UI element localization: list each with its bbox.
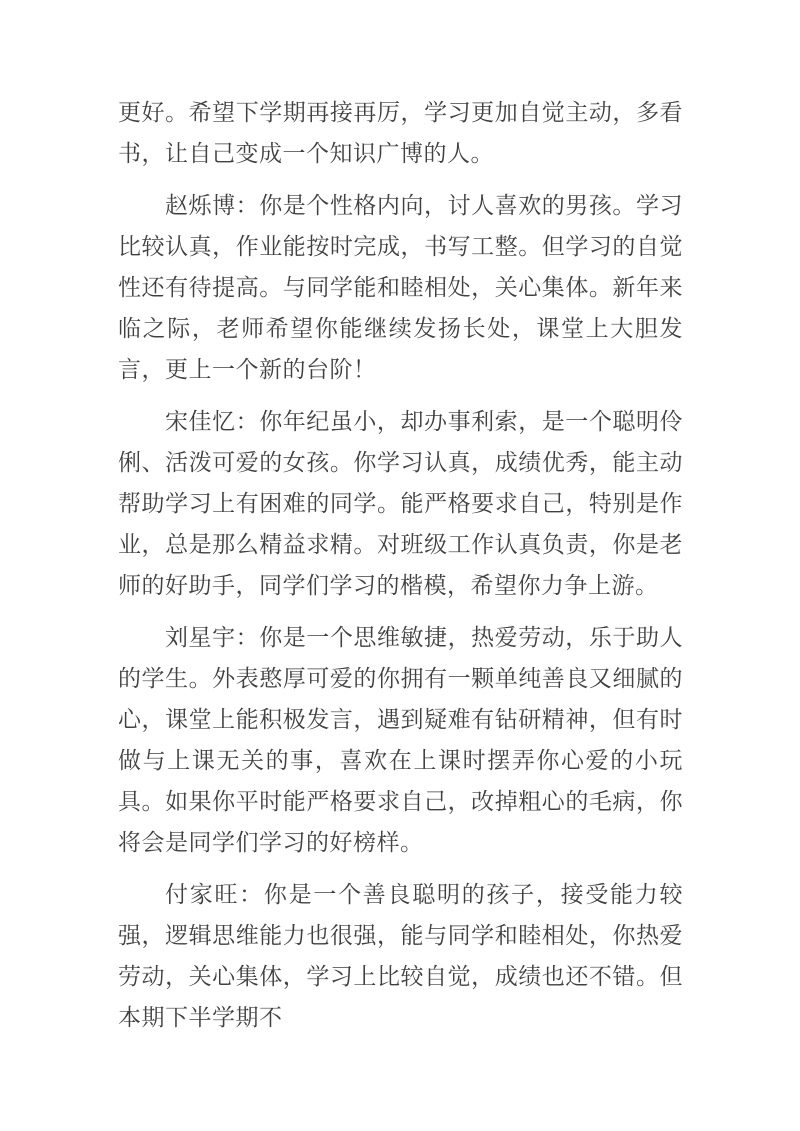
paragraph-comment-liuxingyu: 刘星宇：你是一个思维敏捷，热爱劳动，乐于助人的学生。外表憨厚可爱的你拥有一颗单纯… (118, 618, 683, 864)
document-page: 更好。希望下学期再接再厉，学习更加自觉主动，多看书，让自己变成一个知识广博的人。… (0, 0, 800, 1131)
paragraph-comment-zhaoshuobo: 赵烁博：你是个性格内向，讨人喜欢的男孩。学习比较认真，作业能按时完成，书写工整。… (118, 186, 683, 391)
paragraph-continuation: 更好。希望下学期再接再厉，学习更加自觉主动，多看书，让自己变成一个知识广博的人。 (118, 93, 683, 175)
paragraph-comment-songjiayi: 宋佳忆：你年纪虽小，却办事利索，是一个聪明伶俐、活泼可爱的女孩。你学习认真，成绩… (118, 402, 683, 607)
paragraph-comment-fujiawang: 付家旺：你是一个善良聪明的孩子，接受能力较强，逻辑思维能力也很强，能与同学和睦相… (118, 875, 683, 1039)
